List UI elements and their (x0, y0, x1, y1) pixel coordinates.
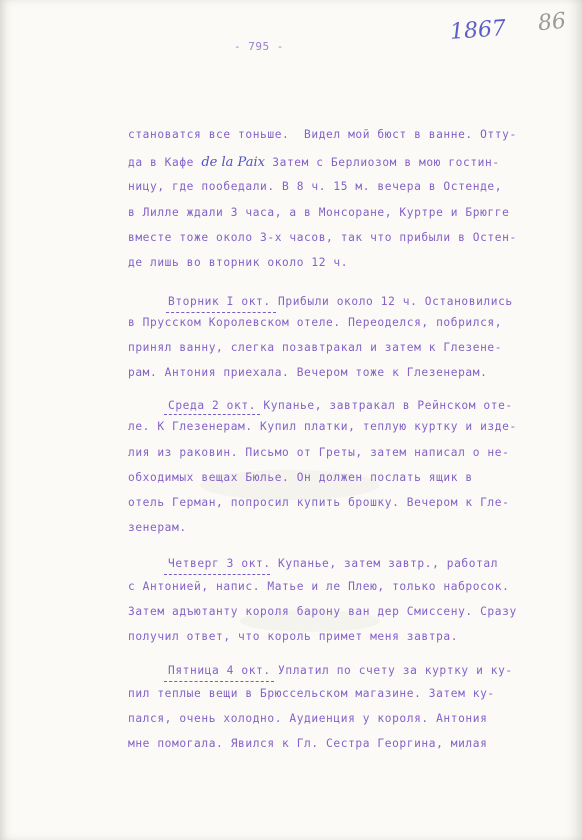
text-line-with-handwriting: да в Кафе de la Paix Затем с Берлиозом в… (128, 155, 500, 170)
text-fragment: Затем с Берлиозом в мою гостин- (265, 156, 500, 169)
text-line: с Антонией, напис. Матье и ле Плею, толь… (128, 580, 509, 593)
text-line: де лишь во вторник около 12 ч. (128, 256, 348, 269)
entry-heading-line: Четверг 3 окт. Купанье, затем завтр., ра… (168, 557, 498, 570)
text-line: Затем адъютанту короля барону ван дер См… (128, 605, 517, 618)
text-line: в Лилле ждали 3 часа, а в Монсоране, Кур… (128, 206, 509, 219)
text-line: вместе тоже около 3-х часов, так что при… (128, 231, 517, 244)
entry-heading-line: Пятница 4 окт. Уплатил по счету за куртк… (168, 664, 513, 677)
text-line: лия из раковин. Письмо от Греты, затем н… (128, 446, 509, 459)
text-line: пался, очень холодно. Аудиенция у короля… (128, 712, 487, 725)
entry-heading-line: Среда 2 окт. Купанье, завтракал в Рейнск… (168, 399, 513, 412)
text-fragment: да в Кафе (128, 156, 201, 169)
text-line: рам. Антония приехала. Вечером тоже к Гл… (128, 366, 487, 379)
text-line: ле. К Глезенерам. Купил платки, теплую к… (128, 420, 517, 433)
date-underline (164, 574, 270, 575)
text-line: получил ответ, что король примет меня за… (128, 630, 458, 643)
text-line: мне помогала. Явился к Гл. Сестра Георги… (128, 737, 487, 750)
page-number: - 795 - (234, 40, 284, 53)
handwritten-insert: de la Paix (201, 155, 265, 170)
entry-heading-line: Вторник I окт. Прибыли около 12 ч. Остан… (168, 295, 513, 308)
text-line: ницу, где пообедали. В 8 ч. 15 м. вечера… (128, 180, 502, 193)
date-underline (164, 414, 260, 415)
date-underline (166, 312, 276, 313)
text-line: отель Герман, попросил купить брошку. Ве… (128, 496, 509, 509)
text-line: пил теплые вещи в Брюссельском магазине.… (128, 687, 495, 700)
text-line: обходимых вещах Бюлье. Он должен послать… (128, 471, 473, 484)
date-underline (164, 681, 274, 682)
document-page: - 795 - 1867 86 становатся все тоньше. В… (0, 0, 582, 840)
text-line: принял ванну, слегка позавтракал и затем… (128, 341, 502, 354)
handwritten-folio-number: 86 (537, 9, 567, 37)
handwritten-year: 1867 (449, 16, 507, 45)
text-line: в Прусском Королевском отеле. Переоделся… (128, 316, 502, 329)
text-line: зенерам. (128, 521, 187, 534)
text-line: становатся все тоньше. Видел мой бюст в … (128, 128, 517, 141)
